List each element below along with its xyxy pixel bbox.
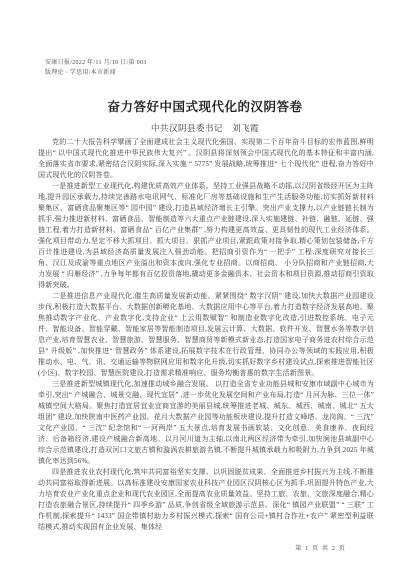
source-info: 安康日报/2022 年/11 月/10 日/第 003 版理论 · 学思用/本市… bbox=[45, 59, 147, 78]
source-line-2: 版理论 · 学思用/本市新闻 bbox=[45, 69, 147, 79]
source-line-1: 安康日报/2022 年/11 月/10 日/第 003 bbox=[45, 59, 147, 69]
article-byline: 中共汉阴县委书记 刘飞霞 bbox=[0, 122, 410, 134]
article-paragraph: 四是推进农业农村现代化,筑牢共同富裕坚实支撑。以巩固脱贫成果、全面推进乡村振兴为… bbox=[38, 467, 374, 533]
article-title: 奋力答好中国式现代化的汉阴答卷 bbox=[0, 97, 410, 115]
article-paragraph: 一是推进新型工业现代化,构建优质高效产业体系。坚持工业强县战略不动摇,以汉阴省级… bbox=[38, 181, 374, 291]
page-number: 第 1 页 共 2 页 bbox=[295, 543, 346, 552]
article-paragraph: 党的二十大报告科学擘画了全面建成社会主义现代化强国、实现第二个百年奋斗目标的宏伟… bbox=[38, 137, 374, 181]
article-paragraph: 二是推进信息产业现代化,催生高质量发展新动能。紧紧围绕“ 数字汉阴” 建设,加快… bbox=[38, 291, 374, 379]
document-page: 安康日报/2022 年/11 月/10 日/第 003 版理论 · 学思用/本市… bbox=[0, 0, 410, 580]
article-body: 党的二十大报告科学擘画了全面建成社会主义现代化强国、实现第二个百年奋斗目标的宏伟… bbox=[38, 137, 374, 533]
article-paragraph: 三是推进新型城镇现代化,加速推动城乡融合发展。 以打造全省专业功能县城和安康市域… bbox=[38, 379, 374, 467]
